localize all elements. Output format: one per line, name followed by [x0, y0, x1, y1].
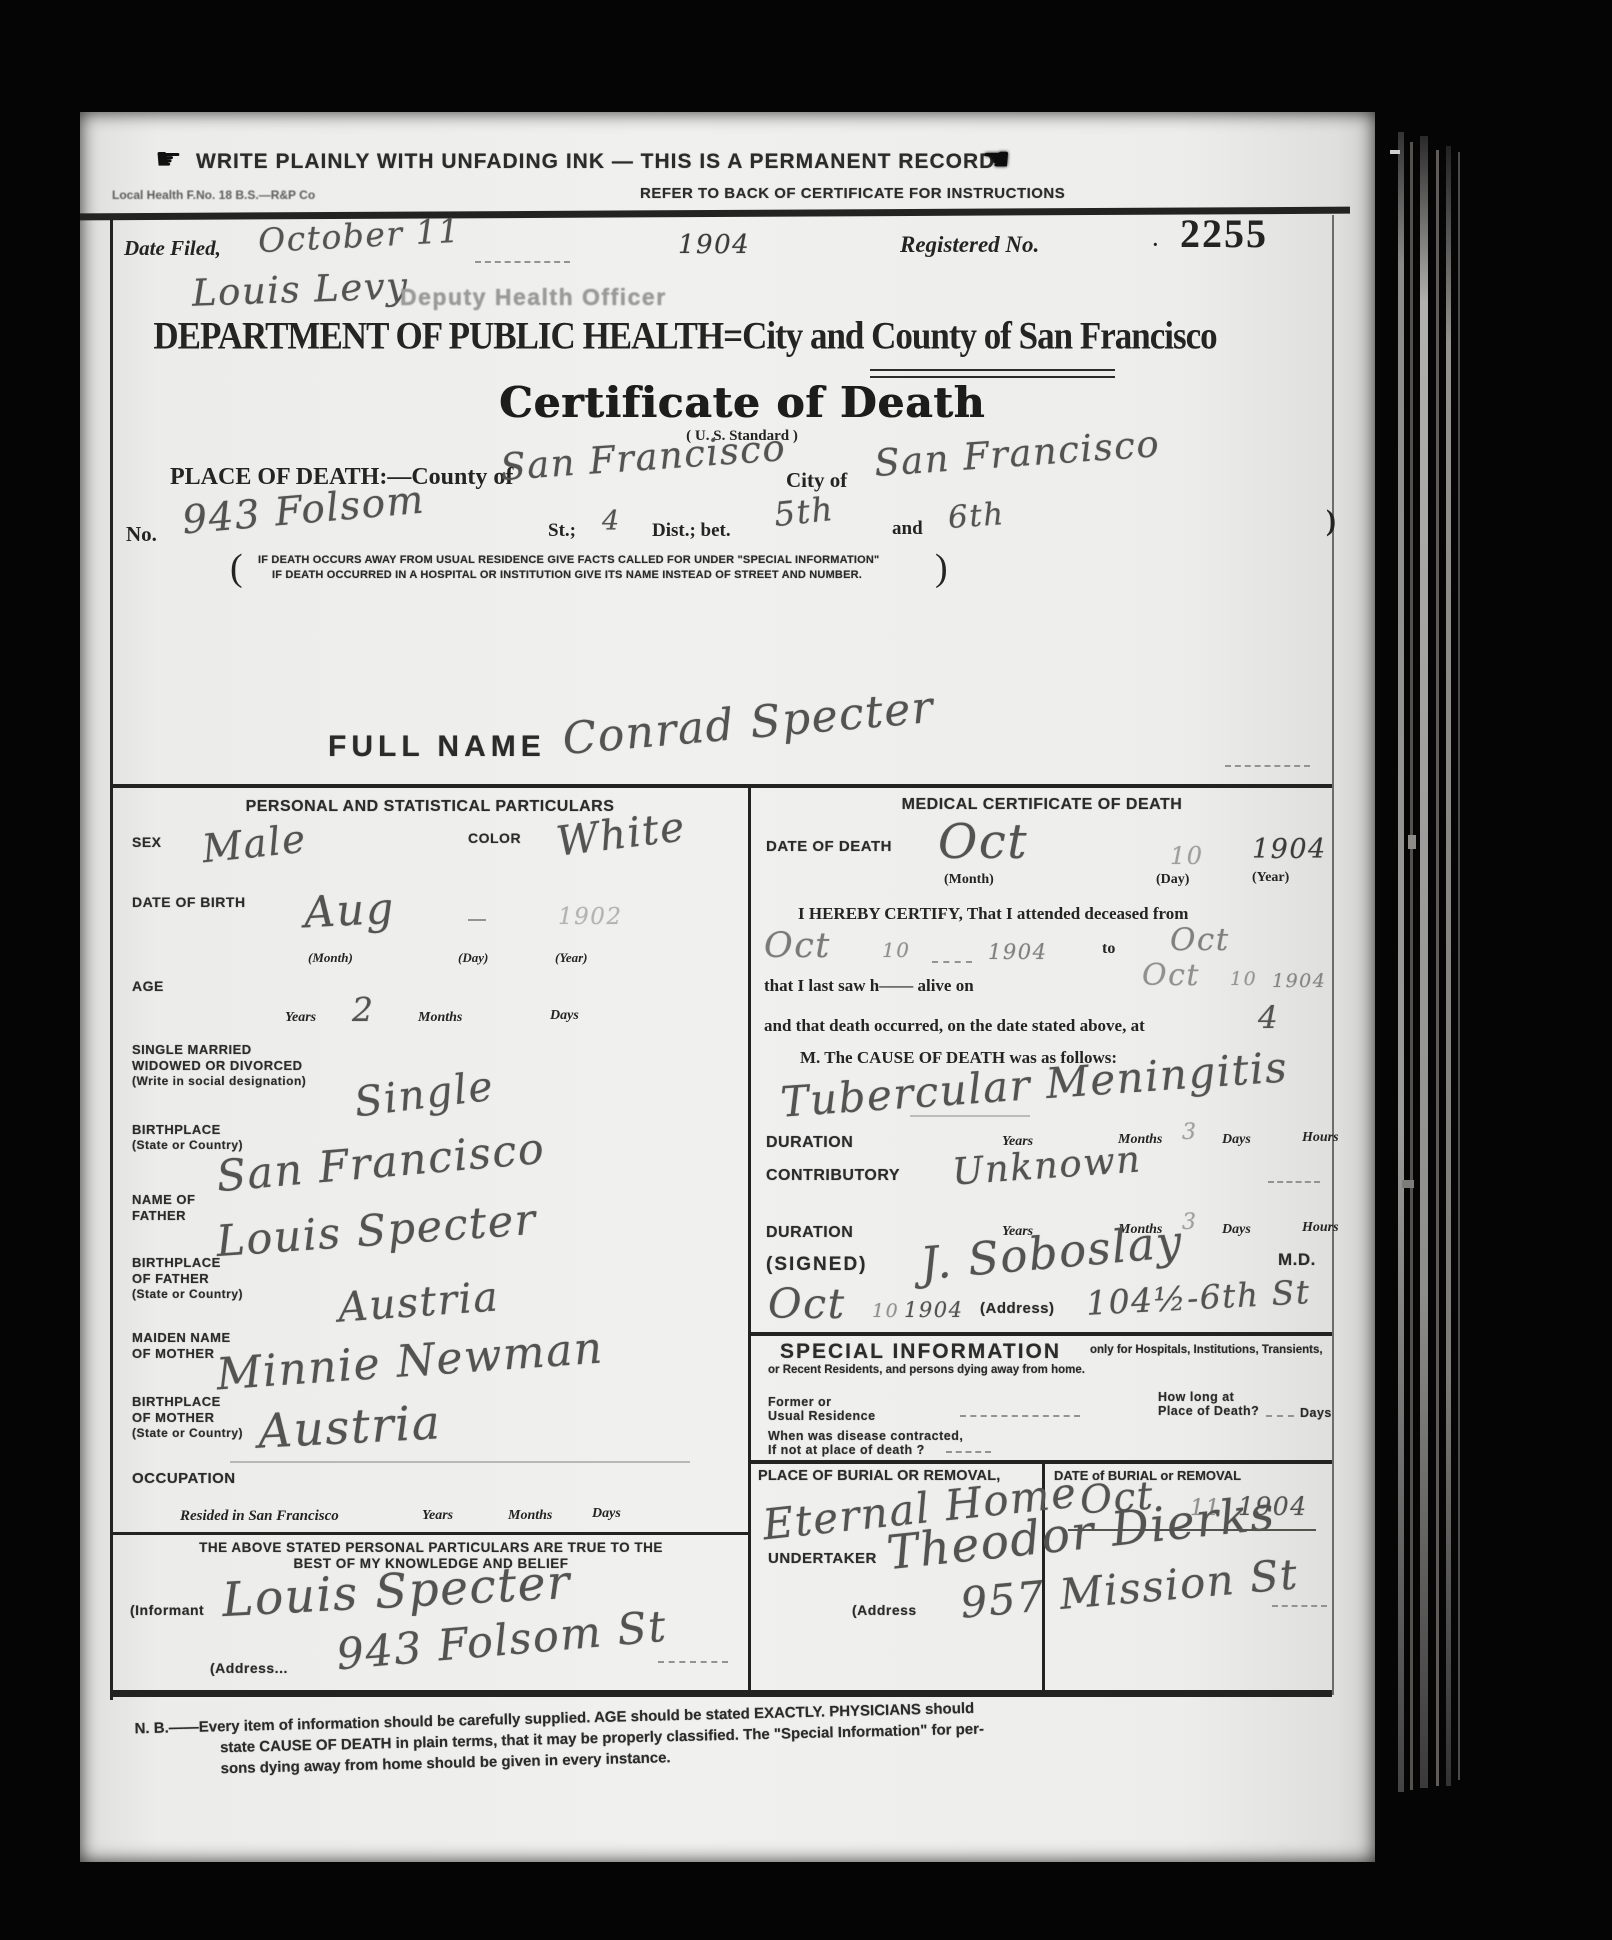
closing-paren: ): [1326, 504, 1336, 538]
date-filed-year: 1904: [678, 230, 750, 260]
health-officer-title-stamp: Deputy Health Officer: [400, 284, 667, 311]
blank-fill: [475, 260, 570, 263]
disease-contracted-line1: When was disease contracted,: [768, 1429, 963, 1443]
health-officer-signature: Louis Levy: [191, 264, 409, 315]
page-edge-stripe: [1446, 146, 1451, 1786]
banner-text: WRITE PLAINLY WITH UNFADING INK — THIS I…: [196, 150, 995, 174]
place-city-label: City of: [786, 468, 847, 493]
special-info-small2: or Recent Residents, and persons dying a…: [768, 1364, 1085, 1376]
page-edge-stripe: [1398, 132, 1404, 1792]
residence-note-line2: IF DEATH OCCURRED IN A HOSPITAL OR INSTI…: [272, 569, 862, 581]
department-title: DEPARTMENT OF PUBLIC HEALTH=City and Cou…: [110, 314, 1260, 359]
father-name-value: Louis Specter: [215, 1195, 539, 1267]
age-months-caption: Months: [418, 1010, 462, 1026]
duration-label-2: DURATION: [766, 1224, 853, 1242]
special-info-small1: only for Hospitals, Institutions, Transi…: [1090, 1344, 1323, 1356]
how-long-label-line2: Place of Death?: [1158, 1404, 1259, 1418]
resided-years-caption: Years: [422, 1508, 453, 1524]
contributory-value: Unknown: [951, 1137, 1143, 1193]
attended-from-year: 1904: [988, 940, 1047, 964]
duration2-months-value: 3: [1182, 1210, 1198, 1235]
md-label: M.D.: [1278, 1250, 1316, 1270]
death-day-caption: (Day): [1156, 872, 1189, 888]
certificate-title: Certificate of Death: [442, 378, 1042, 427]
birthplace-label-line1: BIRTHPLACE: [132, 1122, 221, 1137]
between-value: 5th: [772, 489, 836, 534]
sex-label: SEX: [132, 834, 162, 850]
registered-no-dot: ·: [1152, 234, 1159, 257]
birth-month-caption: (Month): [308, 950, 353, 966]
death-month-caption: (Month): [944, 872, 994, 888]
mother-maiden-value: Minnie Newman: [215, 1323, 606, 1401]
registered-no-label: Registered No.: [900, 232, 1039, 258]
contributory-label: CONTRIBUTORY: [766, 1167, 900, 1185]
and-street-value: 6th: [947, 496, 1006, 536]
attended-from-day: 10: [882, 938, 910, 962]
disease-contracted-line2: If not at place of death ?: [768, 1443, 925, 1457]
last-saw-day: 10: [1230, 968, 1257, 990]
pointing-hand-icon-right: ☚: [982, 140, 1011, 178]
footnote-block: N. B.——Every item of information should …: [134, 1700, 984, 1780]
mother-birthplace-label-line3: (State or Country): [132, 1426, 243, 1440]
registered-no-value: 2255: [1180, 210, 1268, 257]
box-bottom-rule: [110, 1690, 1332, 1697]
full-name-label: FULL NAME: [328, 730, 546, 764]
duration1-months-value: 3: [1182, 1120, 1198, 1145]
top-thick-rule: [80, 207, 1350, 221]
dist-label: Dist.; bet.: [652, 520, 731, 542]
mother-maiden-label-line1: MAIDEN NAME: [132, 1330, 231, 1345]
blank-fill: [960, 1414, 1080, 1417]
color-label: COLOR: [468, 830, 521, 846]
page-edge-stripe: [1410, 142, 1413, 1790]
occupation-blank: [230, 1460, 690, 1463]
marital-label-line3: (Write in social designation): [132, 1074, 306, 1088]
age-years-caption: Years: [285, 1010, 316, 1026]
ward-value: 4: [602, 506, 621, 537]
age-days-caption: Days: [550, 1008, 579, 1024]
informant-label: (Informant: [130, 1602, 204, 1618]
resided-months-caption: Months: [508, 1508, 552, 1524]
signed-date-month: Oct: [768, 1280, 846, 1328]
short-double-rule: [870, 369, 1115, 378]
form-right-border: [1332, 215, 1334, 1695]
to-label: to: [1102, 940, 1115, 958]
attended-from-month: Oct: [764, 926, 831, 966]
scanned-book-photo: ☛ WRITE PLAINLY WITH UNFADING INK — THIS…: [0, 0, 1612, 1940]
residence-note-paren-close: ): [935, 546, 948, 590]
st-label: St.;: [548, 520, 576, 542]
page-edge-mark: [1390, 150, 1400, 154]
father-birthplace-value: Austria: [337, 1272, 501, 1331]
form-left-border: [110, 215, 113, 1700]
father-birthplace-label-line3: (State or Country): [132, 1287, 243, 1301]
full-name-value: Conrad Specter: [560, 682, 936, 765]
blank-fill: [658, 1660, 728, 1663]
column-divider: [748, 784, 751, 1694]
father-birthplace-label-line1: BIRTHPLACE: [132, 1255, 221, 1270]
page-edge-stripe: [1436, 150, 1439, 1786]
occupation-label: OCCUPATION: [132, 1470, 236, 1487]
signed-date-day: 10: [872, 1300, 899, 1322]
mother-birthplace-label-line2: OF MOTHER: [132, 1410, 215, 1425]
signed-address-value: 104½-6th St: [1085, 1272, 1311, 1323]
mother-maiden-label-line2: OF MOTHER: [132, 1346, 215, 1361]
age-years-value: 2: [352, 990, 375, 1029]
blank-fill: [1272, 1604, 1327, 1607]
death-year-value: 1904: [1252, 834, 1327, 865]
duration1-hours-caption: Hours: [1302, 1130, 1339, 1146]
page-edge-stripe: [1420, 136, 1428, 1788]
burial-top-rule: [748, 1460, 1332, 1464]
death-month-value: Oct: [938, 814, 1028, 870]
undertaker-address-label: (Address: [852, 1602, 917, 1618]
father-name-label-line2: FATHER: [132, 1208, 186, 1223]
form-number-note: Local Health F.No. 18 B.S.—R&P Co: [112, 188, 315, 202]
marital-value: Single: [352, 1062, 497, 1127]
medical-header: MEDICAL CERTIFICATE OF DEATH: [752, 796, 1332, 814]
cause-blank: [910, 1114, 1030, 1117]
blank-fill: [946, 1450, 991, 1453]
mother-birthplace-label-line1: BIRTHPLACE: [132, 1394, 221, 1409]
birth-year-value: 1902: [558, 904, 623, 930]
marital-label-line2: WIDOWED OR DIVORCED: [132, 1058, 303, 1073]
sex-value: Male: [200, 817, 309, 873]
duration2-hours-caption: Hours: [1302, 1220, 1339, 1236]
special-info-title: SPECIAL INFORMATION: [780, 1340, 1061, 1364]
birth-year-caption: (Year): [555, 950, 588, 966]
resided-days-caption: Days: [592, 1506, 621, 1522]
page-edge-mark: [1408, 835, 1416, 849]
duration-label-1: DURATION: [766, 1134, 853, 1152]
death-occurred-line: and that death occurred, on the date sta…: [764, 1016, 1145, 1036]
signed-address-label: (Address): [980, 1300, 1055, 1317]
undertaker-label: UNDERTAKER: [768, 1550, 877, 1567]
former-residence-label-line1: Former or: [768, 1395, 832, 1409]
street-no-label: No.: [126, 522, 157, 547]
birth-day-caption: (Day): [458, 950, 488, 966]
last-saw-month: Oct: [1142, 958, 1200, 993]
birth-day-blank: [468, 918, 486, 921]
special-top-rule: [748, 1332, 1332, 1336]
mother-birthplace-value: Austria: [257, 1395, 443, 1460]
father-birthplace-label-line2: OF FATHER: [132, 1271, 209, 1286]
last-saw-line: that I last saw h—— alive on: [764, 976, 974, 996]
death-year-caption: (Year): [1252, 870, 1289, 886]
and-label: and: [892, 518, 923, 540]
certify-line: I HEREBY CERTIFY, That I attended deceas…: [798, 904, 1188, 924]
death-time-value: 4: [1258, 1000, 1279, 1036]
informant-address-label: (Address...: [210, 1660, 288, 1676]
last-saw-year: 1904: [1272, 970, 1326, 992]
blank-fill: [1266, 1414, 1294, 1417]
pointing-hand-icon-left: ☛: [155, 142, 182, 177]
birth-month-value: Aug: [303, 884, 396, 939]
signed-date-year: 1904: [904, 1298, 963, 1322]
date-filed-label: Date Filed,: [124, 236, 221, 261]
death-certificate-page: ☛ WRITE PLAINLY WITH UNFADING INK — THIS…: [80, 112, 1375, 1862]
duration1-days-caption: Days: [1222, 1132, 1251, 1148]
page-edge-mark: [1402, 1180, 1414, 1188]
marital-label-line1: SINGLE MARRIED: [132, 1042, 252, 1057]
blank-fill: [1225, 764, 1310, 767]
age-label: AGE: [132, 978, 164, 994]
date-of-birth-label: DATE OF BIRTH: [132, 894, 246, 910]
refer-instructions: REFER TO BACK OF CERTIFICATE FOR INSTRUC…: [640, 185, 1065, 202]
how-long-days-caption: Days: [1300, 1406, 1332, 1420]
duration2-days-caption: Days: [1222, 1222, 1251, 1238]
date-of-death-label: DATE OF DEATH: [766, 838, 892, 855]
attest-top-rule: [110, 1532, 750, 1535]
blank-fill: [932, 960, 972, 963]
attest-line1: THE ABOVE STATED PERSONAL PARTICULARS AR…: [116, 1540, 746, 1555]
blank-fill: [1268, 1180, 1320, 1183]
physician-signature: J. Soboslay: [918, 1215, 1185, 1291]
residence-note-line1: IF DEATH OCCURS AWAY FROM USUAL RESIDENC…: [258, 554, 879, 566]
page-edge-stripe: [1458, 152, 1460, 1780]
residence-note-paren-open: (: [230, 546, 243, 590]
birthplace-label-line2: (State or Country): [132, 1138, 243, 1152]
father-name-label-line1: NAME OF: [132, 1192, 195, 1207]
resided-label: Resided in San Francisco: [180, 1508, 339, 1525]
attended-to-month: Oct: [1170, 922, 1230, 958]
how-long-label-line1: How long at: [1158, 1390, 1234, 1404]
birthplace-value: San Francisco: [214, 1124, 547, 1203]
death-day-value: 10: [1170, 842, 1204, 870]
signed-label: (SIGNED): [766, 1254, 868, 1276]
box-top-rule: [110, 784, 1332, 788]
former-residence-label-line2: Usual Residence: [768, 1409, 876, 1423]
